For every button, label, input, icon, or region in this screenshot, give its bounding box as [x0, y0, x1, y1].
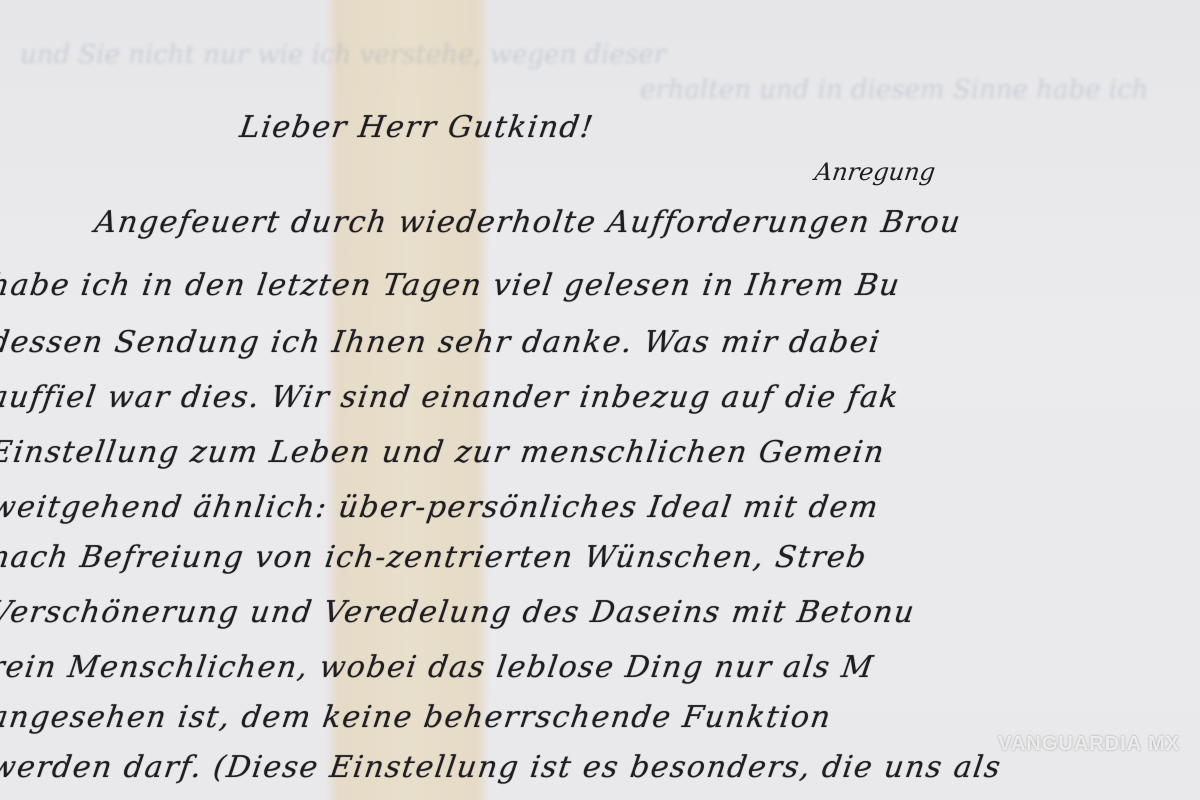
letter-line: angesehen ist, dem keine beherrschende F…: [0, 700, 834, 735]
watermark: VANGUARDIA MX: [998, 733, 1180, 756]
letter-line: nach Befreiung von ich-zentrierten Wünsc…: [0, 540, 869, 575]
letter-line: Einstellung zum Leben und zur menschlich…: [0, 435, 887, 470]
letter-line: Verschönerung und Veredelung des Daseins…: [0, 595, 917, 630]
letter-line: rein Menschlichen, wobei das leblose Din…: [0, 650, 876, 685]
bleed-through-text: und Sie nicht nur wie ich verstehe, wege…: [20, 40, 666, 70]
salutation: Lieber Herr Gutkind!: [238, 110, 597, 145]
letter-line: habe ich in den letzten Tagen viel geles…: [0, 268, 903, 303]
letter-line: werden darf. (Diese Einstellung ist es b…: [0, 750, 1004, 785]
letter-line: dessen Sendung ich Ihnen sehr danke. Was…: [0, 325, 883, 360]
inserted-word: Anregung: [813, 158, 937, 186]
letter-line: Angefeuert durch wiederholte Aufforderun…: [93, 205, 964, 240]
letter-line: auffiel war dies. Wir sind einander inbe…: [0, 380, 902, 415]
bleed-through-text: erhalten und in diesem Sinne habe ich: [640, 75, 1148, 105]
letter-photo: und Sie nicht nur wie ich verstehe, wege…: [0, 0, 1200, 800]
letter-line: weitgehend ähnlich: über-persönliches Id…: [0, 490, 881, 525]
